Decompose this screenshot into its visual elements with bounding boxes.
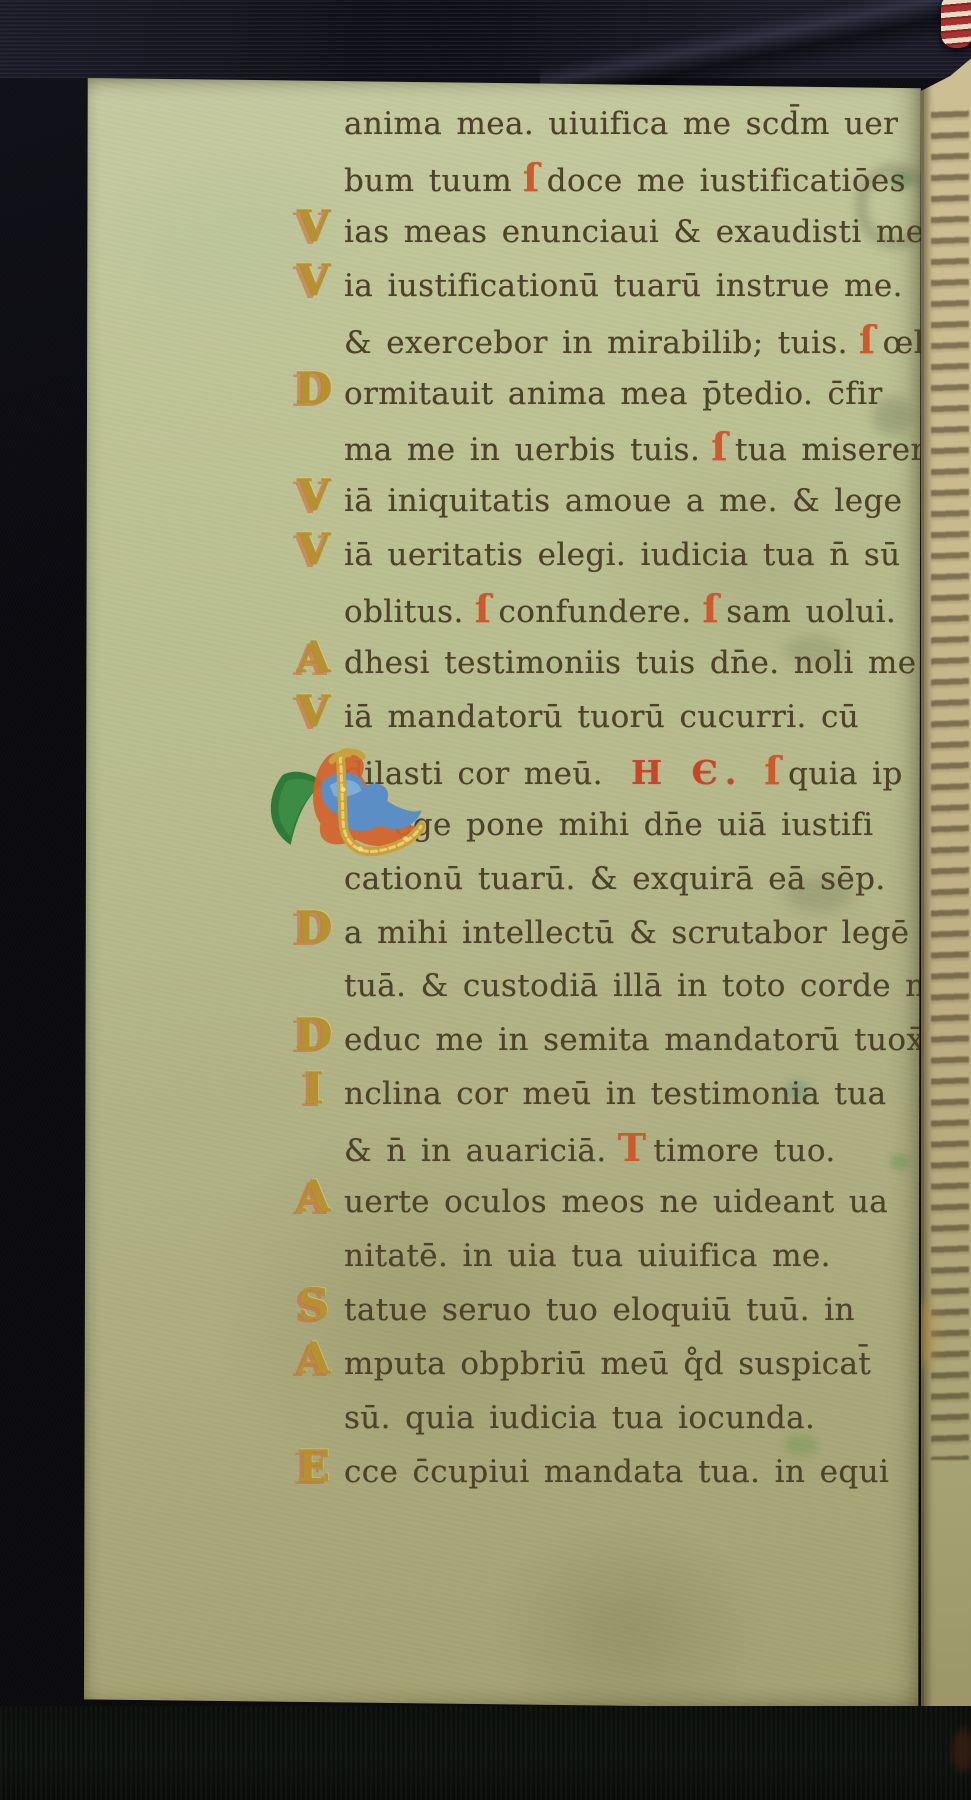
ink-text: bum tuum	[344, 163, 512, 199]
ink-text: mputa obpbriū meū q̊d suspicat̄	[344, 1346, 871, 1382]
corner-dark-stain	[952, 1728, 971, 1772]
gold-versal-initial: V	[286, 685, 342, 739]
text-line-18: Deduc me in semita mandatorū tuox̄	[344, 1013, 924, 1067]
gold-versal-initial: D	[286, 362, 342, 416]
gold-versal-initial: V	[286, 469, 342, 523]
red-divider-mark: ſ	[703, 586, 720, 631]
text-line-16: Da mihi intellectū & scrutabor legē	[344, 906, 910, 960]
ribbon-fold-highlight	[540, 0, 971, 86]
text-line-8: Viā iniquitatis amoue a me. & lege	[344, 474, 902, 528]
gold-versal-initial: V	[286, 200, 342, 254]
ink-text: uerte oculos meos ne uideant ua	[344, 1184, 888, 1220]
ink-text: sū. quia iudicia tua iocunda.	[344, 1400, 815, 1436]
gold-versal-initial: D	[286, 1008, 342, 1062]
gold-versal-initial: D	[286, 901, 342, 955]
red-divider-mark: T	[618, 1125, 647, 1170]
ink-text: iā iniquitatis amoue a me. & lege	[344, 483, 902, 519]
ink-text: confundere.	[498, 594, 691, 630]
ink-text: tua miserere	[735, 432, 944, 468]
text-line-23: Statue seruo tuo eloquiū tuū. in	[344, 1283, 855, 1337]
text-line-26: Ecce c̄cupiui mandata tua. in equi	[344, 1445, 889, 1499]
ink-text: ia iustificationū tuarū instrue me.	[344, 268, 903, 304]
gold-versal-initial: A	[286, 1332, 342, 1386]
text-line-25: sū. quia iudicia tua iocunda.	[344, 1391, 815, 1445]
text-line-3: Vias meas enunciaui & exaudisti me.	[344, 205, 935, 259]
ink-text: educ me in semita mandatorū tuox̄	[344, 1022, 924, 1058]
text-line-19: Inclina cor meū in testimonia tua	[344, 1067, 887, 1121]
red-divider-mark: ſ	[475, 586, 492, 631]
gold-versal-initial: V	[286, 254, 342, 308]
ink-text: iā mandatorū tuorū cucurri. cū	[344, 699, 859, 735]
text-line-4: Via iustificationū tuarū instrue me.	[344, 259, 903, 313]
ink-text: quia ip	[788, 756, 903, 792]
red-divider-mark: ſ	[859, 317, 876, 362]
ink-text: nitatē. in uia tua uiuifica me.	[344, 1238, 831, 1274]
ink-text: & exercebor in mirabilib; tuis.	[344, 325, 848, 361]
book-headband	[941, 0, 971, 48]
text-line-13: dilasti cor meū.H Є.ſquia ip	[344, 744, 903, 798]
text-line-24: Amputa obpbriū meū q̊d suspicat̄	[344, 1337, 871, 1391]
manuscript-page: anima mea. uiuifica me scd̄m uerbum tuum…	[84, 76, 922, 1710]
text-block: anima mea. uiuifica me scd̄m uerbum tuum…	[84, 76, 922, 1710]
ink-text: anima mea. uiuifica me scd̄m uer	[344, 106, 898, 142]
text-line-2: bum tuumſdoce me iustificatiōes tuas.	[344, 151, 971, 205]
text-line-17: tuā. & custodiā illā in toto corde meo.	[344, 959, 971, 1013]
ink-text: a mihi intellectū & scrutabor legē	[344, 915, 910, 951]
bottom-fabric	[0, 1706, 971, 1800]
ink-text: sam uolui.	[726, 594, 896, 630]
gold-versal-initial: E	[286, 1440, 342, 1494]
red-divider-mark: ſ	[523, 155, 540, 200]
ink-text: dhesi testimoniis tuis dn̄e. noli me	[344, 645, 917, 681]
ink-text: ma me in uerbis tuis.	[344, 432, 700, 468]
fore-edge-facing-folios	[921, 56, 971, 1724]
ink-text: nclina cor meū in testimonia tua	[344, 1076, 887, 1112]
text-line-20: & n̄ in auariciā.Ttimore tuo.	[344, 1121, 836, 1175]
gold-versal-initial: I	[286, 1062, 342, 1116]
text-line-1: anima mea. uiuifica me scd̄m uer	[344, 97, 898, 151]
gold-versal-initial: A	[286, 1170, 342, 1224]
ink-text: tuā. & custodiā illā in toto corde meo.	[344, 968, 971, 1004]
rubric-he: H Є.	[631, 753, 743, 792]
ink-text: tatue seruo tuo eloquiū tuū. in	[344, 1292, 855, 1328]
fore-edge-script-lines	[931, 100, 969, 1460]
text-line-6: Dormitauit anima mea p̄tedio. c̄fir	[344, 367, 883, 421]
ink-text: iā ueritatis elegi. iudicia tua n̄ sū	[344, 537, 901, 573]
text-line-7: ma me in uerbis tuis.ſtua miserere	[344, 420, 944, 474]
ink-text: ege pone mihi dn̄e uiā iustifi	[394, 807, 873, 843]
text-line-12: Viā mandatorū tuorū cucurri. cū	[344, 690, 859, 744]
ink-text: & n̄ in auariciā.	[344, 1133, 607, 1169]
text-line-21: Auerte oculos meos ne uideant ua	[344, 1175, 888, 1229]
ink-text: ias meas enunciaui & exaudisti me.	[344, 214, 935, 250]
text-line-5: & exercebor in mirabilib; tuis.ſœl.	[344, 313, 934, 367]
ink-text: doce me iustificatiōes tuas.	[547, 163, 971, 199]
gold-versal-initial: A	[286, 631, 342, 685]
ink-text: ormitauit anima mea p̄tedio. c̄fir	[344, 376, 883, 412]
text-line-10: oblitus.ſconfundere.ſsam uolui.	[344, 582, 896, 636]
text-line-11: Adhesi testimoniis tuis dn̄e. noli me	[344, 636, 917, 690]
text-line-14: ege pone mihi dn̄e uiā iustifi	[394, 798, 873, 852]
red-divider-mark: ſ	[711, 424, 728, 469]
illuminated-initial-L	[262, 748, 426, 872]
ink-text: timore tuo.	[653, 1133, 835, 1169]
ink-text: cce c̄cupiui mandata tua. in equi	[344, 1454, 889, 1490]
gold-versal-initial: V	[286, 523, 342, 577]
text-line-22: nitatē. in uia tua uiuifica me.	[344, 1229, 831, 1283]
red-divider-mark: ſ	[764, 748, 781, 793]
ink-text: oblitus.	[344, 594, 464, 630]
text-line-9: Viā ueritatis elegi. iudicia tua n̄ sū	[344, 528, 901, 582]
gold-versal-initial: S	[286, 1278, 342, 1332]
